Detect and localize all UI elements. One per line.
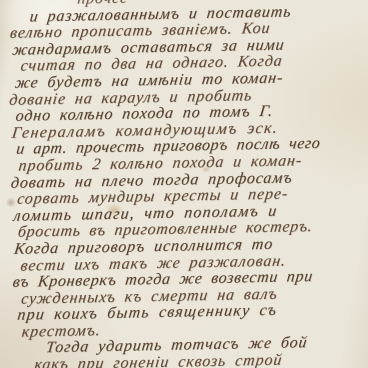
manuscript-page: прочее и разжалованнымъ и поставитьвелѣн… xyxy=(0,0,368,368)
handwriting-lines: и разжалованнымъ и поставитьвелѣно пропи… xyxy=(0,2,368,368)
handwriting-text-block: прочее и разжалованнымъ и поставитьвелѣн… xyxy=(0,0,368,368)
